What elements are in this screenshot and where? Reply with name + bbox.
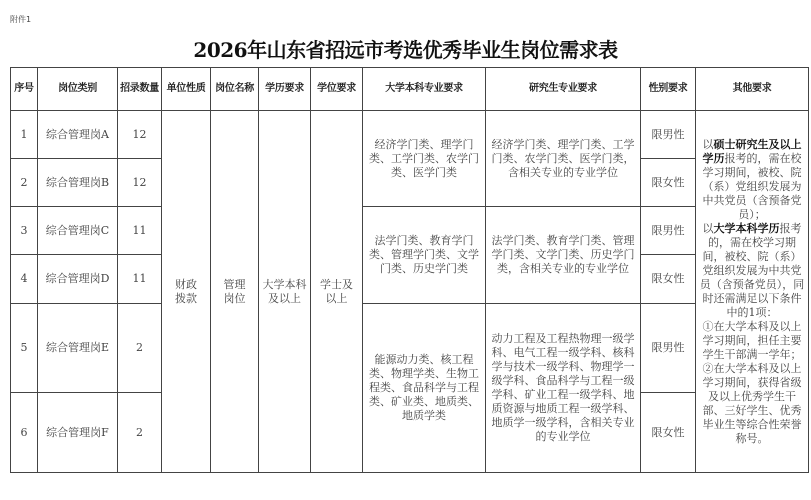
cell-count: 12 bbox=[118, 111, 162, 159]
header-undergrad-major: 大学本科专业要求 bbox=[363, 68, 486, 111]
cell-count: 2 bbox=[118, 393, 162, 473]
cell-education: 大学本科及以上 bbox=[259, 111, 311, 473]
cell-grad-major: 动力工程及工程热物理一级学科、电气工程一级学科、核科学与技术一级学科、物理学一级… bbox=[486, 304, 641, 473]
other-part2-bold: 大学本科学历 bbox=[714, 222, 780, 235]
cell-no: 6 bbox=[11, 393, 38, 473]
cell-unit-type: 财政拨款 bbox=[162, 111, 211, 473]
header-no: 序号 bbox=[11, 68, 38, 111]
cell-count: 12 bbox=[118, 159, 162, 207]
cell-gender: 限男性 bbox=[641, 111, 696, 159]
cell-undergrad-major: 法学门类、教育学门类、管理学门类、文学门类、历史学门类 bbox=[363, 207, 486, 304]
attachment-label: 附件1 bbox=[10, 14, 31, 25]
cell-gender: 限女性 bbox=[641, 255, 696, 304]
cell-category: 综合管理岗D bbox=[38, 255, 118, 304]
cell-category: 综合管理岗F bbox=[38, 393, 118, 473]
header-gender: 性别要求 bbox=[641, 68, 696, 111]
header-other: 其他要求 bbox=[696, 68, 809, 111]
cell-no: 5 bbox=[11, 304, 38, 393]
cell-category: 综合管理岗E bbox=[38, 304, 118, 393]
table-row: 1 综合管理岗A 12 财政拨款 管理岗位 大学本科及以上 学士及以上 经济学门… bbox=[11, 111, 809, 159]
other-part1-prefix: 以 bbox=[703, 138, 714, 151]
other-item-1: ①在大学本科及以上学习期间，担任主要学生干部满一学年； bbox=[703, 320, 802, 361]
cell-count: 2 bbox=[118, 304, 162, 393]
cell-gender: 限男性 bbox=[641, 304, 696, 393]
cell-grad-major: 法学门类、教育学门类、管理学门类、文学门类、历史学门类，含相关专业的专业学位 bbox=[486, 207, 641, 304]
cell-grad-major: 经济学门类、理学门类、工学门类、农学门类、医学门类，含相关专业的专业学位 bbox=[486, 111, 641, 207]
cell-category: 综合管理岗B bbox=[38, 159, 118, 207]
cell-category: 综合管理岗C bbox=[38, 207, 118, 255]
header-count: 招录数量 bbox=[118, 68, 162, 111]
cell-gender: 限女性 bbox=[641, 159, 696, 207]
header-row: 序号 岗位类别 招录数量 单位性质 岗位名称 学历要求 学位要求 大学本科专业要… bbox=[11, 68, 809, 111]
cell-other-requirements: 以硕士研究生及以上学历报考的，需在校学习期间，被校、院（系）党组织发展为中共党员… bbox=[696, 111, 809, 473]
cell-position-name: 管理岗位 bbox=[211, 111, 259, 473]
cell-count: 11 bbox=[118, 207, 162, 255]
table-row: 5 综合管理岗E 2 能源动力类、核工程类、物理学类、生物工程类、食品科学与工程… bbox=[11, 304, 809, 393]
cell-no: 3 bbox=[11, 207, 38, 255]
table-row: 3 综合管理岗C 11 法学门类、教育学门类、管理学门类、文学门类、历史学门类 … bbox=[11, 207, 809, 255]
other-part2-prefix: 以 bbox=[703, 222, 714, 235]
cell-category: 综合管理岗A bbox=[38, 111, 118, 159]
cell-undergrad-major: 经济学门类、理学门类、工学门类、农学门类、医学门类 bbox=[363, 111, 486, 207]
other-item-2: ②在大学本科及以上学习期间，获得省级及以上优秀学生干部、三好学生、优秀毕业生等综… bbox=[703, 362, 802, 445]
header-grad-major: 研究生专业要求 bbox=[486, 68, 641, 111]
cell-degree: 学士及以上 bbox=[311, 111, 363, 473]
header-degree: 学位要求 bbox=[311, 68, 363, 111]
header-category: 岗位类别 bbox=[38, 68, 118, 111]
cell-gender: 限男性 bbox=[641, 207, 696, 255]
header-education: 学历要求 bbox=[259, 68, 311, 111]
page-title: 2026年山东省招远市考选优秀毕业生岗位需求表 bbox=[0, 34, 811, 63]
other-part2-rest: 报考的，需在校学习期间，被校、院（系）党组织发展为中共党员（含预备党员），同时还… bbox=[700, 222, 805, 319]
cell-gender: 限女性 bbox=[641, 393, 696, 473]
cell-no: 1 bbox=[11, 111, 38, 159]
header-position-name: 岗位名称 bbox=[211, 68, 259, 111]
cell-no: 4 bbox=[11, 255, 38, 304]
header-unit-type: 单位性质 bbox=[162, 68, 211, 111]
cell-no: 2 bbox=[11, 159, 38, 207]
position-requirements-table: 序号 岗位类别 招录数量 单位性质 岗位名称 学历要求 学位要求 大学本科专业要… bbox=[10, 67, 809, 473]
cell-count: 11 bbox=[118, 255, 162, 304]
cell-undergrad-major: 能源动力类、核工程类、物理学类、生物工程类、食品科学与工程类、矿业类、地质类、地… bbox=[363, 304, 486, 473]
